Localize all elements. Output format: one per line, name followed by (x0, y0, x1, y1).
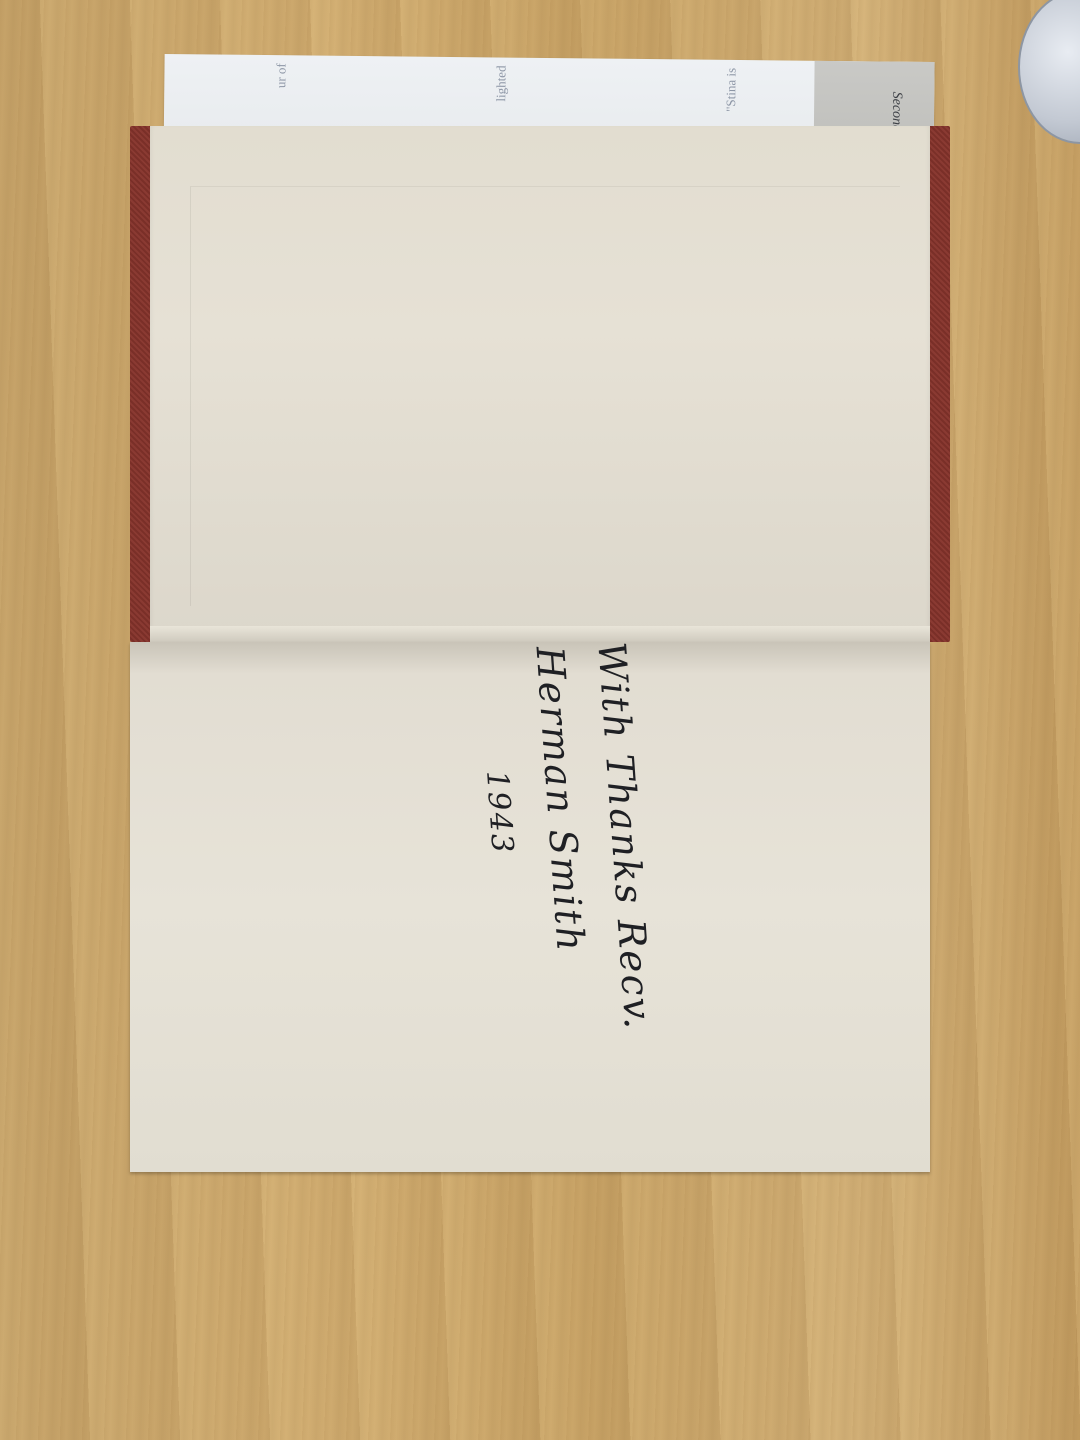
jacket-text-column: lighted (494, 65, 508, 101)
jacket-text-column: ur of (274, 63, 288, 88)
endpaper-impression (190, 186, 900, 606)
metal-plate (1018, 0, 1080, 144)
jacket-text-column: "Stina is (724, 68, 738, 112)
photo-scene: ur of lighted "Stina is Second P With Th… (0, 0, 1080, 1440)
handwritten-inscription: With Thanks Recv. Herman Smith 1943 (457, 640, 670, 1041)
open-book: With Thanks Recv. Herman Smith 1943 (130, 126, 950, 1172)
front-endpaper (150, 126, 930, 636)
book-hinge (150, 626, 930, 642)
